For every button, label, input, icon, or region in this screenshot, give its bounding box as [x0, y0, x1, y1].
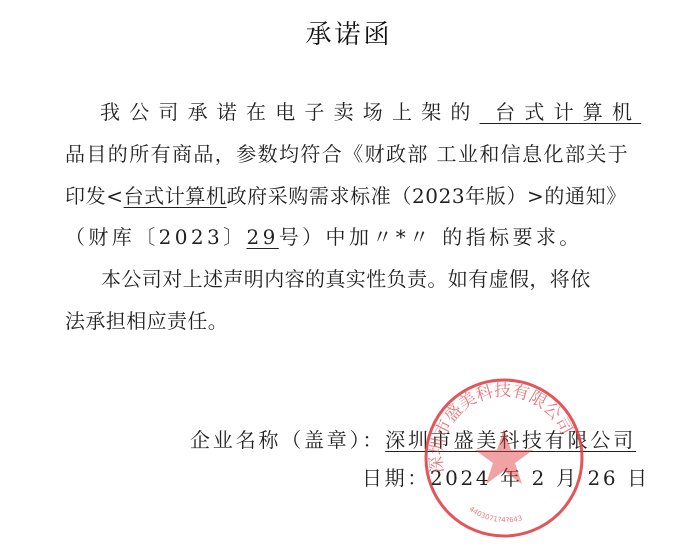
date-unit: 月 — [556, 466, 579, 490]
paragraph2-line1: 本公司对上述声明内容的真实性负责。如有虚假，将依 — [101, 263, 591, 292]
date-year: 2024 — [430, 466, 491, 490]
product-name-underlined: 台式计算机 — [124, 184, 227, 208]
date-unit: 年 — [500, 466, 523, 490]
company-name: 深圳市盛美科技有限公司 — [385, 428, 636, 452]
svg-text:4403071?4?643: 4403071?4?643 — [468, 505, 523, 524]
date-line: 日期：2024 年 2 月 26 日 — [362, 462, 650, 491]
document-number-underlined: 29 — [247, 225, 279, 249]
date-label: 日期： — [362, 466, 430, 490]
date-month: 2 — [532, 466, 547, 490]
company-seal-stamp-icon: 深圳市盛美科技有限公司 4403071?4?643 — [423, 377, 585, 539]
product-name-underlined: 台式计算机 — [480, 100, 642, 124]
text-segment: 我公司承诺在电子卖场上架的 — [100, 100, 480, 124]
paragraph2-line2: 法承担相应责任。 — [65, 305, 228, 334]
text-segment: （财库〔2023〕 — [65, 225, 247, 249]
paragraph1-line3: 印发<台式计算机政府采购需求标准（2023年版）>的通知》 — [65, 180, 627, 209]
signature-label: 企业名称（盖章）： — [190, 428, 385, 452]
paragraph1-line1: 我公司承诺在电子卖场上架的 台式计算机 — [100, 96, 641, 125]
document-title: 承诺函 — [0, 14, 698, 51]
date-unit: 日 — [627, 466, 650, 490]
signature-line: 企业名称（盖章）：深圳市盛美科技有限公司 — [190, 424, 636, 453]
date-day: 26 — [588, 466, 619, 490]
paragraph1-line2: 品目的所有商品，参数均符合《财政部 工业和信息化部关于 — [65, 138, 629, 167]
text-segment: 印发< — [65, 184, 124, 208]
text-segment: 政府采购需求标准（2023年版）>的通知》 — [227, 184, 627, 208]
text-segment: 号）中加〃*〃 的指标要求。 — [279, 225, 583, 249]
paragraph1-line4: （财库〔2023〕29号）中加〃*〃 的指标要求。 — [65, 221, 583, 250]
